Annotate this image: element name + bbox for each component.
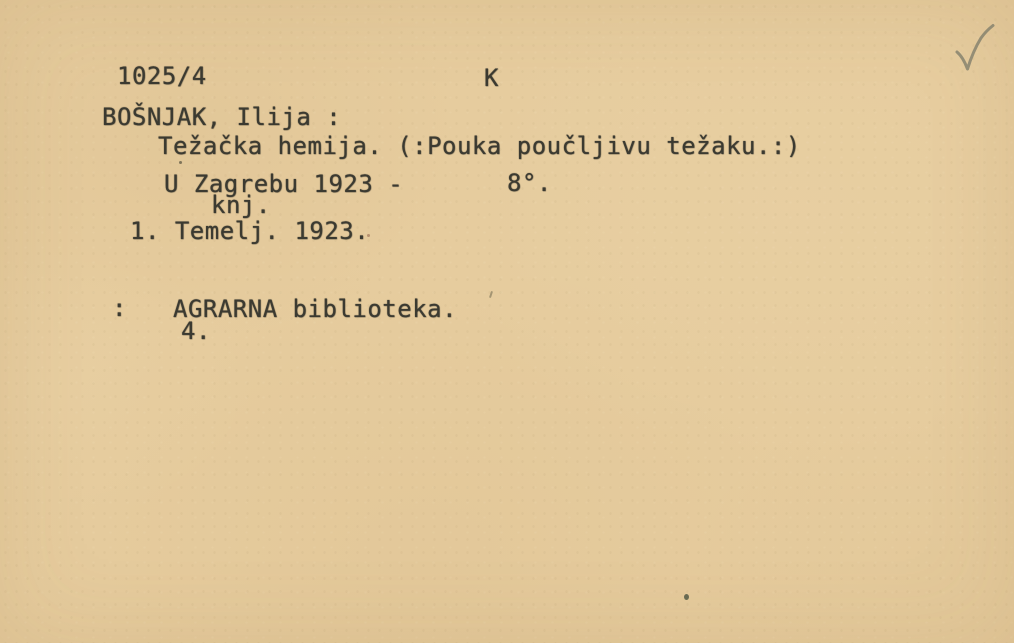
paper-speck <box>179 161 182 164</box>
title-line: Težačka hemija. (:Pouka poučljivu težaku… <box>158 133 801 159</box>
series-title: AGRARNA biblioteka. <box>173 296 457 322</box>
handwritten-checkmark-icon <box>955 23 997 75</box>
volumes-label: knj. <box>211 192 271 218</box>
imprint-line: U Zagrebu 1923 - <box>164 171 403 197</box>
paper-speck <box>684 594 689 600</box>
format-designation: 8°. <box>507 170 552 196</box>
classification-letter: K <box>484 65 499 91</box>
series-number: 4. <box>181 318 211 344</box>
author-heading: BOŠNJAK, Ilija : <box>102 104 341 130</box>
volume-entry: 1. Temelj. 1923. <box>130 218 369 244</box>
pen-mark <box>489 291 493 298</box>
call-number: 1025/4 <box>117 63 207 89</box>
series-colon: : <box>112 295 127 321</box>
paper-speck <box>367 234 370 237</box>
library-catalog-card: 1025/4 K BOŠNJAK, Ilija : Težačka hemija… <box>0 0 1014 643</box>
